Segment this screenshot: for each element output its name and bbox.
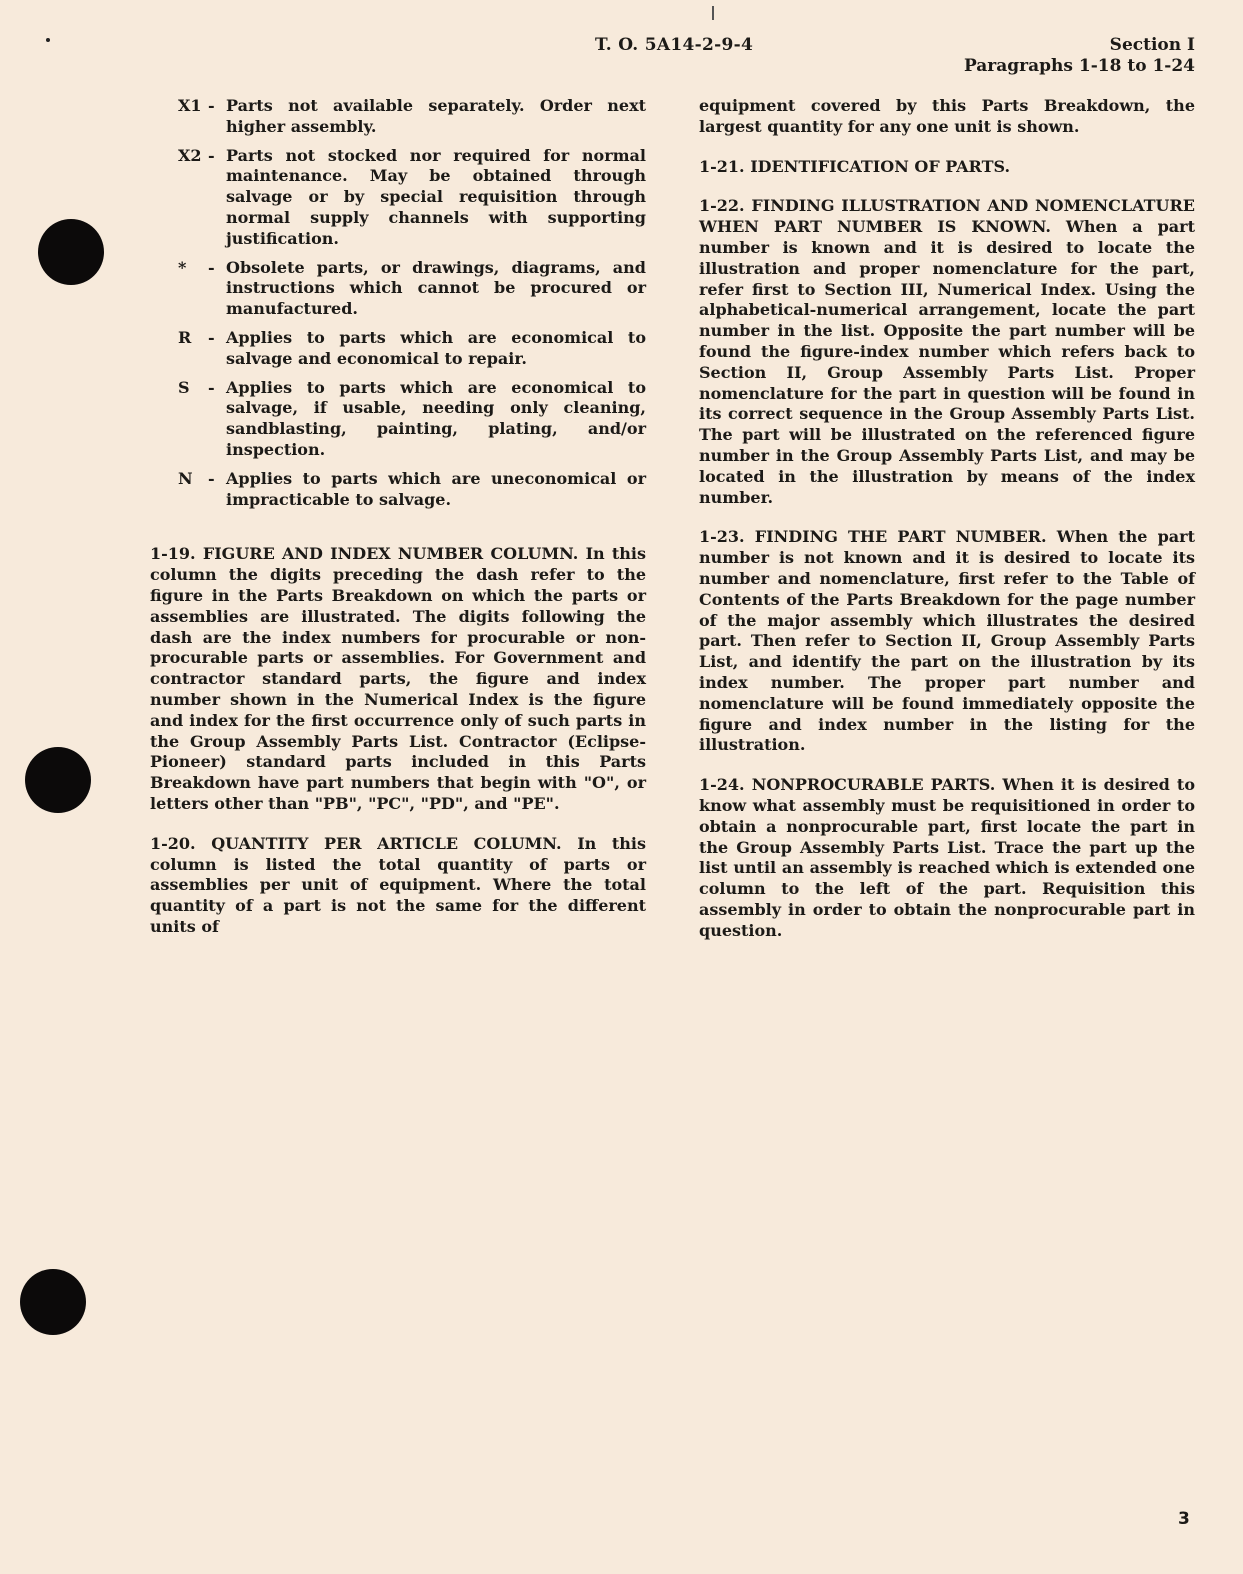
paragraph-1-19: 1-19. FIGURE AND INDEX NUMBER COLUMN. In…	[150, 544, 646, 814]
paragraph-1-20: 1-20. QUANTITY PER ARTICLE COLUMN. In th…	[150, 834, 646, 938]
code-dash: -	[208, 258, 226, 320]
code-dash: -	[208, 378, 226, 461]
paragraph-text: equipment covered by this Parts Breakdow…	[699, 96, 1195, 136]
code-label: S	[178, 378, 208, 461]
left-column: X1 - Parts not available separately. Ord…	[150, 96, 646, 957]
paragraph-number: 1-20.	[150, 834, 196, 853]
section-label: Section I	[964, 35, 1195, 56]
paragraph-text: When it is desired to know what assembly…	[699, 775, 1195, 940]
code-label: N	[178, 469, 208, 511]
code-description: Parts not stocked nor required for norma…	[226, 146, 646, 250]
paragraph-text: When the part number is not known and it…	[699, 527, 1195, 754]
paragraph-title: QUANTITY PER ARTICLE COLUMN.	[211, 834, 561, 853]
paragraph-number: 1-21.	[699, 157, 745, 176]
code-description: Applies to parts which are economical to…	[226, 328, 646, 370]
section-header: Section I Paragraphs 1-18 to 1-24	[964, 35, 1195, 77]
code-dash: -	[208, 146, 226, 250]
paragraph-number: 1-24.	[699, 775, 745, 794]
code-label: X2	[178, 146, 208, 250]
scan-mark	[712, 6, 714, 20]
code-dash: -	[208, 96, 226, 138]
paragraph-title: IDENTIFICATION OF PARTS.	[750, 157, 1010, 176]
paragraph-number: 1-22.	[699, 196, 745, 215]
code-label: R	[178, 328, 208, 370]
code-description: Applies to parts which are uneconomical …	[226, 469, 646, 511]
paragraph-title: FIGURE AND INDEX NUMBER COLUMN.	[203, 544, 579, 563]
paragraph-1-21: 1-21. IDENTIFICATION OF PARTS.	[699, 157, 1195, 178]
code-description: Applies to parts which are economical to…	[226, 378, 646, 461]
code-label: *	[178, 258, 208, 320]
paragraph-number: 1-19.	[150, 544, 196, 563]
code-dash: -	[208, 469, 226, 511]
paragraph-1-23: 1-23. FINDING THE PART NUMBER. When the …	[699, 527, 1195, 756]
binder-hole-middle	[25, 747, 91, 813]
paragraph-1-22: 1-22. FINDING ILLUSTRATION AND NOMENCLAT…	[699, 196, 1195, 508]
paragraph-title: FINDING THE PART NUMBER.	[755, 527, 1047, 546]
code-description: Parts not available separately. Order ne…	[226, 96, 646, 138]
code-item: N - Applies to parts which are uneconomi…	[178, 469, 646, 511]
paragraphs-range: Paragraphs 1-18 to 1-24	[964, 56, 1195, 77]
right-column: equipment covered by this Parts Breakdow…	[699, 96, 1195, 960]
code-dash: -	[208, 328, 226, 370]
paragraph-title: NONPROCURABLE PARTS.	[752, 775, 996, 794]
code-label: X1	[178, 96, 208, 138]
paragraph-1-20-continued: equipment covered by this Parts Breakdow…	[699, 96, 1195, 138]
paragraph-number: 1-23.	[699, 527, 745, 546]
code-item: * - Obsolete parts, or drawings, diagram…	[178, 258, 646, 320]
speck	[46, 38, 50, 42]
paragraph-text: In this column the digits preceding the …	[150, 544, 646, 813]
page-number: 3	[1178, 1509, 1190, 1529]
paragraph-1-24: 1-24. NONPROCURABLE PARTS. When it is de…	[699, 775, 1195, 941]
code-item: S - Applies to parts which are economica…	[178, 378, 646, 461]
paragraph-text: When a part number is known and it is de…	[699, 217, 1195, 506]
code-item: X1 - Parts not available separately. Ord…	[178, 96, 646, 138]
binder-hole-bottom	[20, 1269, 86, 1335]
code-description: Obsolete parts, or drawings, diagrams, a…	[226, 258, 646, 320]
binder-hole-top	[38, 219, 104, 285]
code-item: R - Applies to parts which are economica…	[178, 328, 646, 370]
code-item: X2 - Parts not stocked nor required for …	[178, 146, 646, 250]
document-number: T. O. 5A14-2-9-4	[595, 35, 753, 55]
